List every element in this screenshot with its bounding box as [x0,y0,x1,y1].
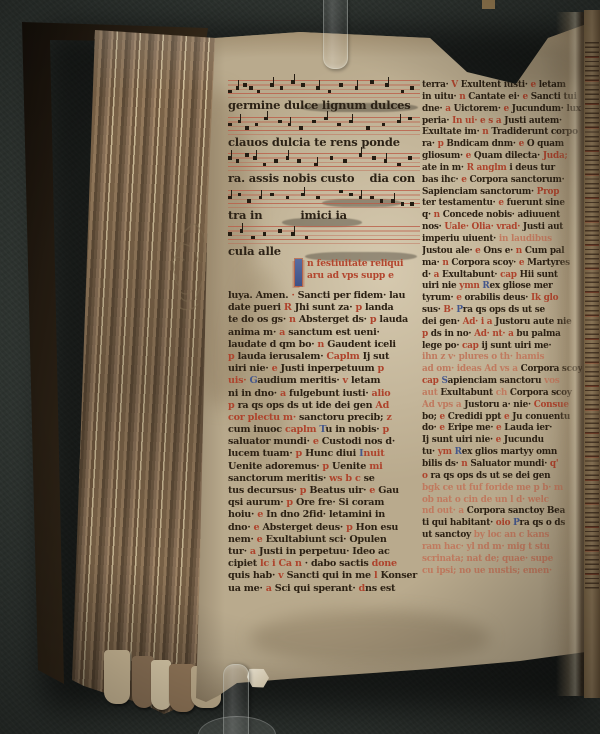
text-run: ns est [365,583,395,594]
neume [243,83,247,87]
neume [255,123,259,127]
text-run: sanctorum meritis· [228,473,329,484]
neume [240,229,244,233]
text-run: Exultent iusti· [461,80,531,90]
text-run: letamini in [329,509,385,520]
text-run: cap [462,341,481,351]
text-line: ua me· a Sci qui sperant· dns est [228,583,424,595]
neume [274,159,278,163]
neume [366,126,370,130]
text-run: bo; [422,412,440,422]
text-line: quis hab· v Sancti qui in me l Konser [228,570,424,582]
text-run: Uenite [332,461,369,472]
text-run: ma· [422,258,442,268]
text-run: n [482,127,491,137]
text-run: lauda ierusalem· [238,351,327,362]
neume [291,232,295,236]
text-run: Exultabunt [440,388,495,398]
neume [397,163,401,167]
text-run: Saluator mundi· [470,459,550,469]
text-run: ti qui habitant· [422,518,496,528]
text-run: Uale· Olia· vrad· [444,222,523,232]
text-run: e [466,151,474,161]
text-run: n [461,459,470,469]
text-run: nem· [228,534,257,545]
text-run: bas ihc· [422,175,461,185]
text-run: nos· [422,222,444,232]
text-run: Ik glo [531,293,558,303]
text-run: Hii sunt [520,270,558,280]
neume [337,123,341,127]
text-run: R anglm [467,163,510,173]
text-run: ws b c [329,473,363,484]
text-run: R [455,447,462,457]
text-run: Ad· i a [463,317,496,327]
neume [316,196,320,200]
text-run: bilis ds· [422,459,461,469]
text-run: ym [438,447,455,457]
text-run: lege po· [422,341,462,351]
text-run: Sancti qui in me [287,570,374,581]
neume [349,193,353,197]
text-run: Caplm [326,351,362,362]
text-run: a [445,104,453,114]
text-run: q· [422,210,434,220]
text-run: a [434,270,442,280]
text-run: ad om· ideas Ad vs a [422,364,521,374]
text-line: cipiet lc i Ca n · dabo sactis done [228,558,424,570]
rubric-block: n festiuitate reliqui aru ad vps supp e [296,258,420,281]
text-run: R [284,302,295,313]
neume [286,156,290,160]
text-run: Custodi nos d· [322,436,395,447]
text-run: done [372,558,397,569]
text-run: bgk ce ut fuf foride me p b· m [422,483,563,493]
neume [259,196,263,200]
text-line: uis· Gaudium meritis· v letam [228,375,424,387]
music-staff [228,226,420,244]
text-run: sanctoru precib; [299,412,386,423]
text-run: tur· [228,546,250,557]
text-run: d· [422,270,434,280]
neume [359,196,363,200]
text-run: R [482,281,489,291]
text-run: Quam dilecta· [474,151,543,161]
music-staff [228,117,420,135]
text-run: Sancti per fidem· lau [298,290,406,301]
text-run: Lauda ier· [504,423,552,433]
text-run: a [280,388,289,399]
neume [355,86,359,90]
text-run: p [228,351,238,362]
neume [316,86,320,90]
text-run: landa [365,302,394,313]
text-run: e [439,423,447,433]
text-run: omn [536,447,557,457]
text-run: e [504,104,512,114]
neume [228,90,232,94]
text-run: dne· [422,104,445,114]
neume [324,117,328,121]
text-run: z [386,412,391,423]
music-lyric: ra. assis nobis custo dia con [228,171,420,189]
neume [330,156,334,160]
text-run: Corpora sanctorum· [469,175,564,185]
text-run: ate in m· [422,163,467,173]
text-run: n [516,246,525,256]
text-run: orabilis deus· [464,293,530,303]
neume [410,86,414,90]
text-line: tur· a Justi in perpetuu· Ideo ac [228,546,424,558]
text-run: p [322,461,332,472]
neume [236,159,240,163]
text-run: Beatus uir· [309,485,369,496]
text-run: cipiet [228,558,260,569]
text-run: p [370,314,380,325]
text-run: ch [496,388,510,398]
text-run: ra qs ops ds ut ide dei gen [238,400,376,411]
text-run: ra· [422,139,438,149]
neume [263,232,267,236]
text-run: cu ipsi; no ue nustis; emen· [422,566,552,576]
text-run: adiuuent [518,210,560,220]
text-line: anima m· a sanctum est ueni· [228,327,424,339]
text-line: tus decursus· p Beatus uir· e Gau [228,485,424,497]
neume [270,193,274,197]
text-run: ram hac· yl nd m· mig t stu [422,542,550,552]
text-run: Eripe me· [448,423,496,433]
text-line: luya. Amen. · Sancti per fidem· lau [228,290,424,302]
text-run: Ij sut [363,351,390,362]
text-run: e [519,139,527,149]
text-run: e [522,92,530,102]
neume [359,153,363,157]
text-run: e [369,485,378,496]
neume [238,120,242,124]
neume [299,126,303,130]
neume [391,199,395,203]
text-run: laudate d qm bo· [228,339,317,350]
text-line: p ra qs ops ds ut ide dei gen Ad [228,400,424,412]
text-run: Sapienciam sanctorum· [422,187,537,197]
neume [312,120,316,124]
text-run: te do os gs· [228,314,289,325]
text-line: Uenite adoremus· p Uenite mi [228,461,424,473]
text-run: p [355,302,365,313]
text-line: nem· e Exultabiunt sci· Opulen [228,534,424,546]
text-run: · dabo sactis [305,558,372,569]
text-run: Justi inperpetuum [281,363,378,374]
text-run: Gau [378,485,399,496]
neume [251,236,255,240]
text-run: Justou ale· [422,246,475,256]
decorated-initial [295,259,302,286]
rubric-line: n festiuitate reliqui [307,258,420,270]
neume [249,86,253,90]
neume [372,156,376,160]
text-run: Uictorem· [454,104,504,114]
music-lyric: germine dulce lignum dulces [228,98,420,116]
neume [291,80,295,84]
text-run: ymn [459,281,482,291]
text-run: ob nat o cin de un l d· welc [422,495,549,505]
text-run: ds in no· [431,329,474,339]
text-run: nuit [363,448,384,459]
music-system: clauos dulcia te rens ponde [228,117,420,154]
music-lyric: tra in imici ia [228,208,420,226]
text-run: p [296,448,306,459]
neume [286,196,290,200]
text-run: gliosum· [422,151,466,161]
music-system: tra in imici ia [228,190,420,227]
neume [314,163,318,167]
text-run: ex gliose mer [490,281,553,291]
music-staff [228,153,420,171]
text-run: Corpora sanctoy [467,506,547,516]
music-staff [228,80,420,98]
text-run: Absterget ds· [299,314,370,325]
text-run: e [257,509,266,520]
text-run: ni in dno· [228,388,280,399]
text-run: qsi aurum· [228,497,286,508]
text-run: a [266,583,275,594]
neume [288,123,292,127]
neume [328,90,332,94]
neume [228,196,232,200]
neume [305,236,309,240]
music-system: germine dulce lignum dulces [228,80,420,117]
text-run: Hunc diui [305,448,359,459]
text-run: Ad [375,400,389,411]
text-run: ra qs ops ds ut se [463,305,545,315]
neume [278,229,282,233]
neume [245,126,249,130]
text-run: p [383,424,389,435]
text-run: lc i Ca n [260,558,305,569]
text-run: bu palma [516,329,560,339]
text-line: saluator mundi· e Custodi nos d· [228,436,424,448]
leaf-edge [151,660,171,710]
neume [401,90,405,94]
text-run: p [422,329,431,339]
text-run: cum inuoc [228,424,285,435]
text-run: Konser [380,570,417,581]
text-run: In dno 2fid· [266,509,329,520]
text-run: u in nobis· [325,424,382,435]
text-run: Gaudent iceli [327,339,396,350]
neume [257,90,261,94]
text-run: Concede nobis· [443,210,518,220]
neume [401,202,405,206]
neume [247,199,251,203]
text-run: cap [500,270,519,280]
text-run: Cantate ei· [468,92,522,102]
music-notation-block: germine dulce lignum dulcesclauos dulcia… [228,80,420,263]
neume [228,156,232,160]
neume [297,159,301,163]
music-system: ra. assis nobis custo dia con [228,153,420,190]
neume [349,120,353,124]
neume [264,117,268,121]
text-run: e [498,198,506,208]
text-run: p [228,400,238,411]
neume [339,83,343,87]
text-run: Si coram [339,497,385,508]
text-run: V [451,80,460,90]
text-line: sanctorum meritis· ws b c se [228,473,424,485]
text-line: ni in dno· a fulgebunt iusti· alio [228,388,424,400]
leaf-edge [104,650,130,704]
text-run: o [422,471,431,481]
text-run: aut [422,388,440,398]
text-run: anima m· [228,327,279,338]
text-run: Absterget deus· [262,522,346,533]
clip-base [198,716,276,734]
text-run: scrinata; nat de; quae· supe [422,554,553,564]
neume [380,199,384,203]
text-line: te do os gs· n Absterget ds· p lauda [228,314,424,326]
text-run: nd out· a [422,506,467,516]
text-line: hoiu· e In dno 2fid· letamini in [228,509,424,521]
text-run: Ore fre· [296,497,339,508]
text-run: mi [369,461,382,472]
stand-clamp-tab [482,0,495,9]
left-text-column: luya. Amen. · Sancti per fidem· laudate … [228,290,424,595]
text-run: Sci qui sperant· [275,583,359,594]
text-run: terra· [422,80,451,90]
text-run: letam [351,375,380,386]
text-run: e [272,363,281,374]
text-run: peria· [422,116,452,126]
text-run: ter testamentu· [422,198,498,208]
neume [228,123,232,127]
text-line: cum inuoc caplm Tu in nobis· p [228,424,424,436]
text-run: Corpora scoy· [451,258,518,268]
text-run: tyrum· [422,293,456,303]
text-run: Ij sunt uiri nie· [422,435,496,445]
text-run: se [364,473,375,484]
text-run: Justi in perpetuu· [259,546,352,557]
text-run: by loc an c kans [474,530,549,540]
text-run: Credidi ppt [448,412,504,422]
text-run: Bndicam dnm· [446,139,518,149]
text-run: Ons e· [483,246,515,256]
neume [385,83,389,87]
text-run: n [289,314,299,325]
text-run: ut sanctoy [422,530,474,540]
photo-background: germine dulce lignum dulcesclauos dulcia… [0,0,600,734]
text-run: Exultabiunt sci· [266,534,350,545]
text-run: quis hab· [228,570,278,581]
margin-face-doodle [150,214,220,329]
text-run: caplm [285,424,319,435]
text-run: B· [443,305,456,315]
text-run: n [434,210,443,220]
text-run: lauda [379,314,408,325]
text-run: uiri nie· [228,363,272,374]
text-run: sanctum est ueni· [288,327,379,338]
text-run: do· [422,423,439,433]
text-run: p [346,522,356,533]
text-line: cor plectu m· sanctoru precib; z [228,412,424,424]
text-run: dei gen· [422,317,463,327]
neume [278,120,282,124]
text-run: n [459,92,468,102]
text-line: p lauda ierusalem· Caplm Ij sut [228,351,424,363]
neume [370,196,374,200]
text-run: saluator mundi· [228,436,313,447]
text-run: Ad vps a [422,400,464,410]
text-run: n [317,339,327,350]
text-run: ua me· [228,583,266,594]
text-run: i deus tur [509,163,555,173]
text-run: ex glios martyy [462,447,536,457]
neume [270,83,274,87]
neume [238,193,242,197]
text-run: a [250,546,259,557]
text-run: e [519,258,527,268]
facing-page-edge [584,10,600,698]
music-staff [228,190,420,208]
text-run: date pueri [228,302,284,313]
neume [280,86,284,90]
text-run: cor plectu m· [228,412,299,423]
text-run: Ideo ac [352,546,389,557]
text-run: v [343,375,351,386]
text-run: hoiu· [228,509,257,520]
text-line: qsi aurum· p Ore fre· Si coram [228,497,424,509]
text-line: laudate d qm bo· n Gaudent iceli [228,339,424,351]
text-run: p [378,363,384,374]
neume [408,156,412,160]
text-run: v [278,570,286,581]
text-run: in uitu· [422,92,459,102]
text-run: fulgebunt iusti· [289,388,372,399]
text-run: e [496,435,504,445]
text-run: e [313,436,322,447]
text-run: apienciam sanctoru [448,376,545,386]
text-run: Uenite adoremus· [228,461,322,472]
text-run: lucem tuam· [228,448,296,459]
neume [339,190,343,194]
text-run: alio [372,388,391,399]
text-run: ra qs ops ds ut se dei gen [431,471,551,481]
neume [301,193,305,197]
neume [370,80,374,84]
music-lyric: clauos dulcia te rens ponde [228,135,420,153]
text-run: Exultate im· [422,127,482,137]
neume [343,159,347,163]
text-run: Opulen [349,534,386,545]
text-run: ihn z v· plures o th· hamis [422,352,544,362]
text-run: uis· [228,375,249,386]
neume [382,123,386,127]
neume [408,117,412,121]
text-run: tus decursus· [228,485,300,496]
text-run: dno· [228,522,254,533]
neume [236,86,240,90]
text-run: sus· [422,305,443,315]
text-run: tu· [422,447,438,457]
text-run: p [300,485,310,496]
text-run: ij sunt uiri me· [481,341,551,351]
text-run: luya. Amen. [228,290,291,301]
text-run: e [531,80,539,90]
text-run: e [440,412,448,422]
text-run: e [257,534,266,545]
text-run: uiri nie [422,281,459,291]
text-line: dno· e Absterget deus· p Hon esu [228,522,424,534]
